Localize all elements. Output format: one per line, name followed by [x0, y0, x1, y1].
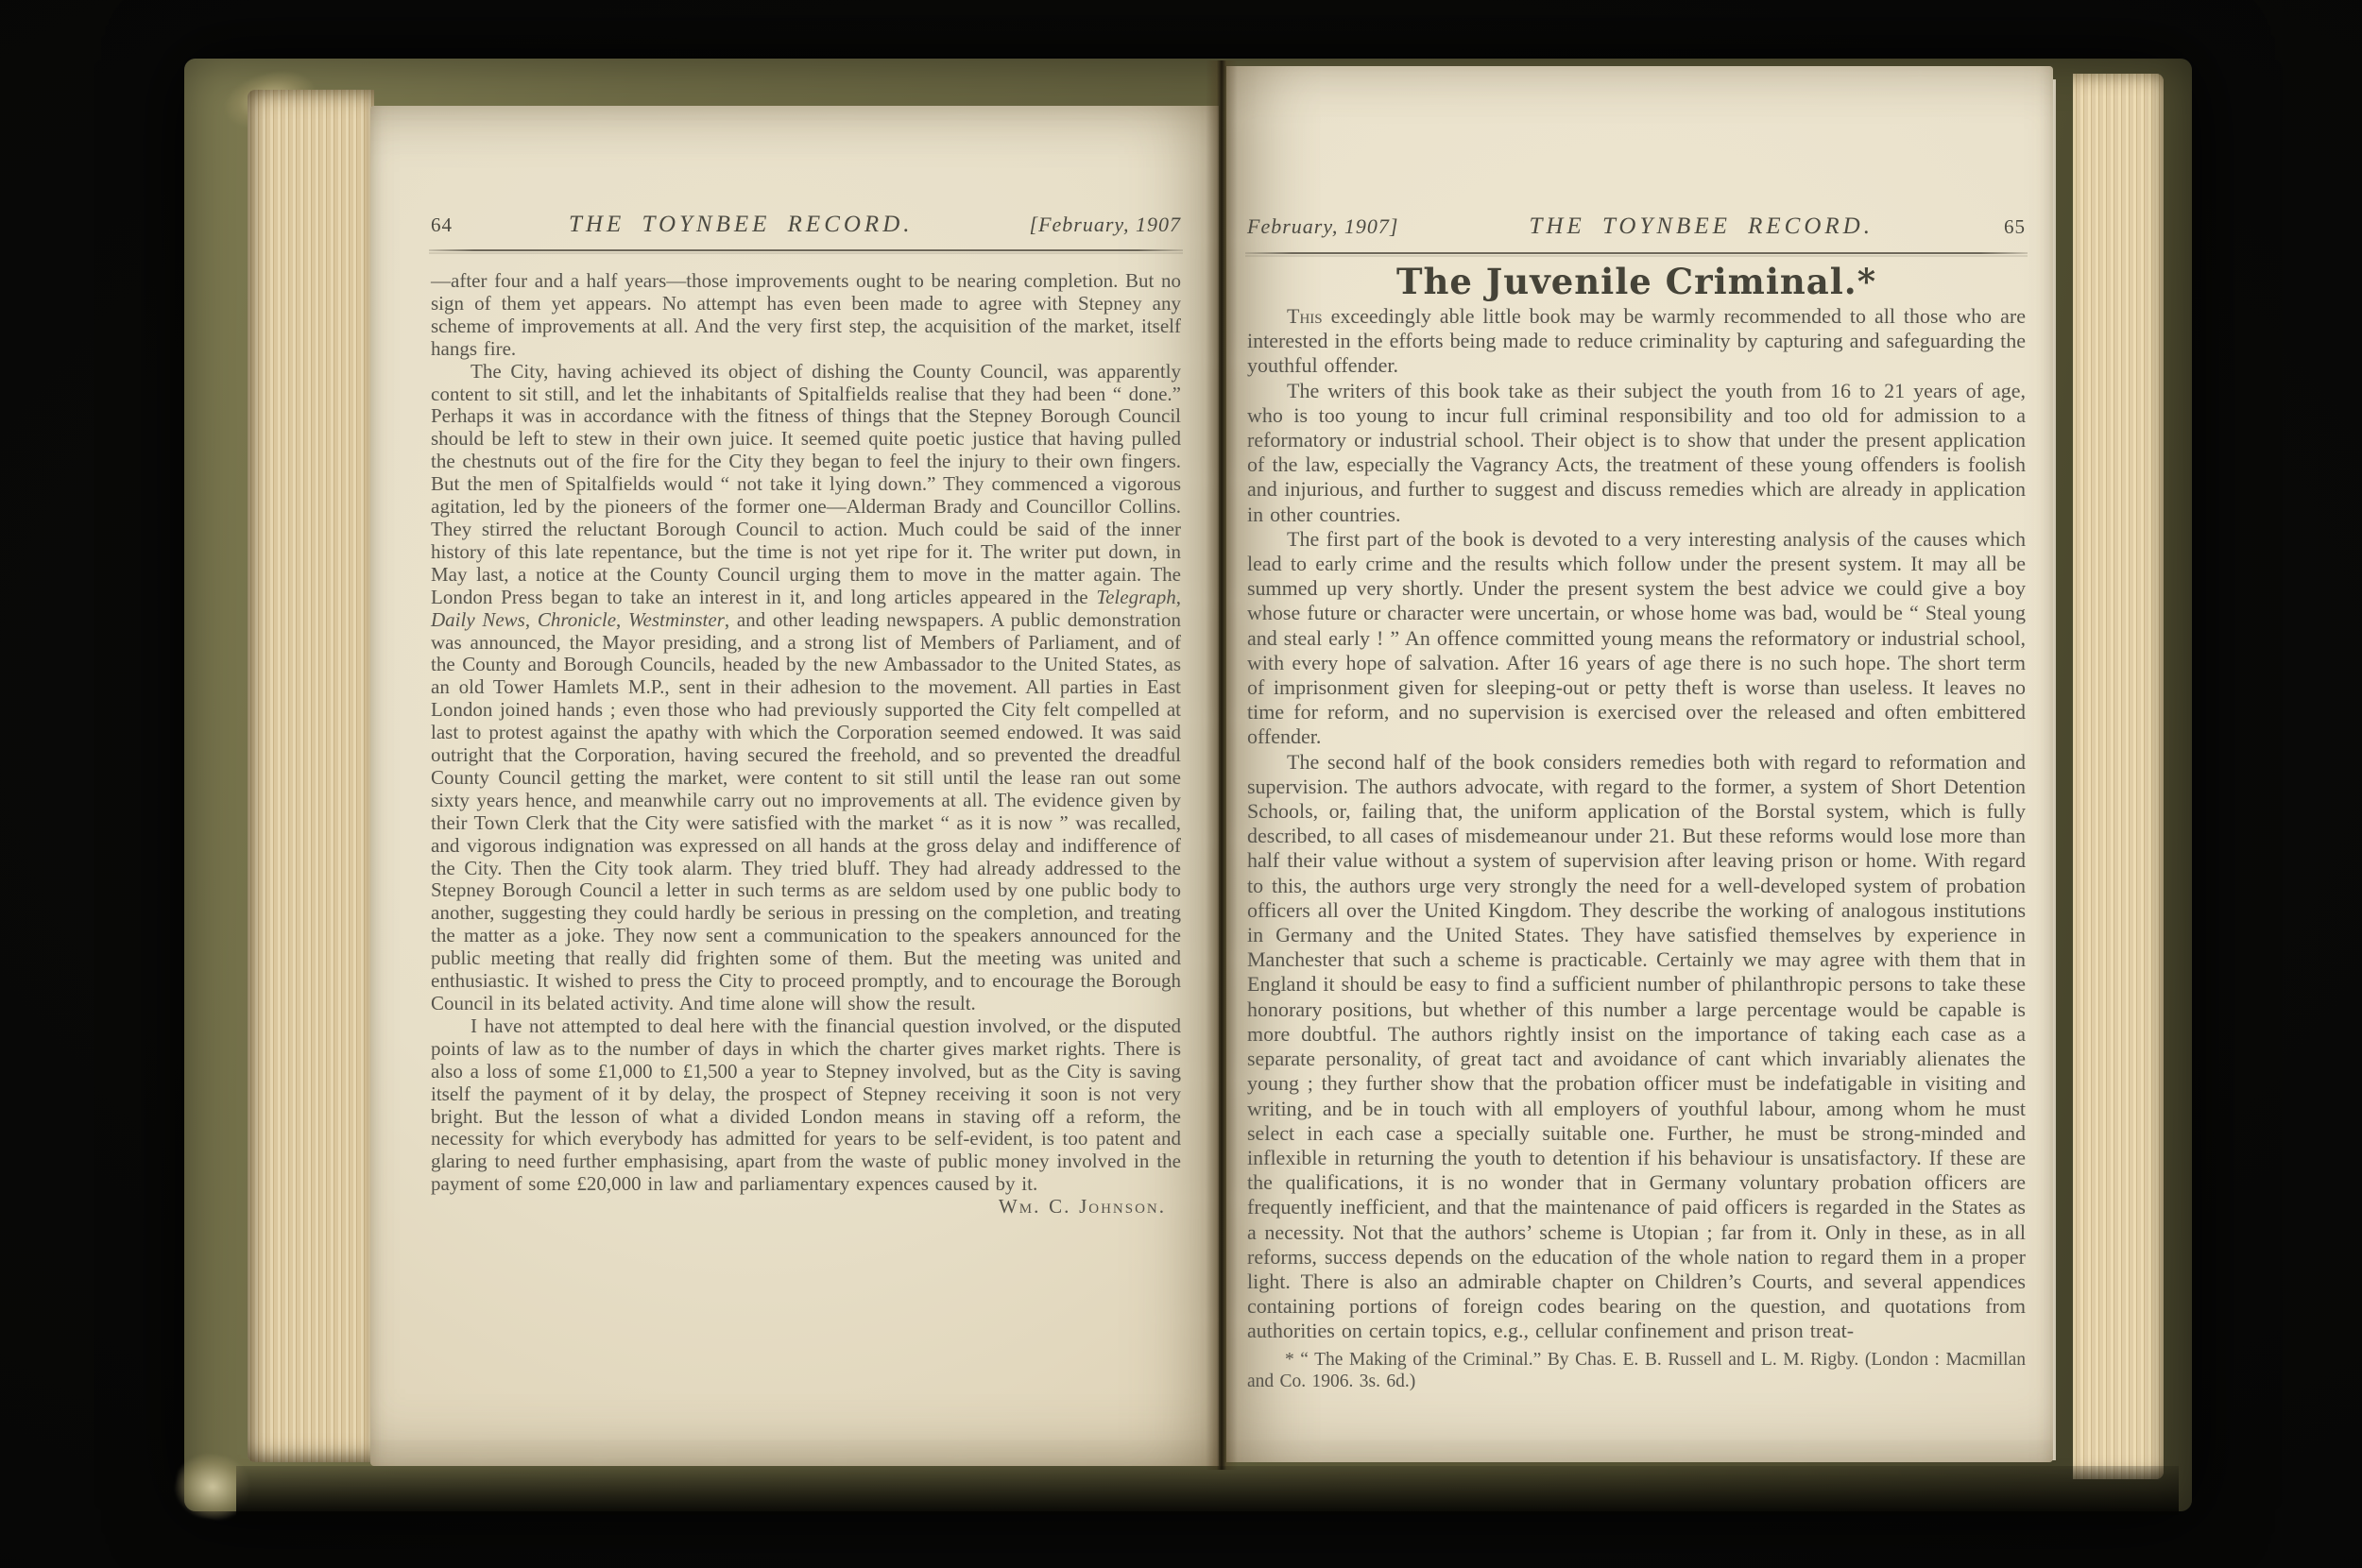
paragraph: The writers of this book take as their s…: [1247, 379, 2026, 527]
paragraph: The City, having achieved its object of …: [431, 361, 1181, 1015]
author-signature: Wm. C. Johnson.: [959, 1196, 1181, 1219]
right-page: February, 1907] THE TOYNBEE RECORD. 65 T…: [1226, 66, 2053, 1462]
right-header-rule: [1245, 252, 2028, 254]
left-page-header: 64 THE TOYNBEE RECORD. [February, 1907: [431, 212, 1181, 238]
left-page-number: 64: [431, 213, 453, 237]
article-footnote: * “ The Making of the Criminal.” By Chas…: [1247, 1349, 2026, 1392]
paragraph: The first part of the book is devoted to…: [1247, 527, 2026, 750]
paragraph: —after four and a half years—those impro…: [431, 270, 1181, 361]
paragraph: I have not attempted to deal here with t…: [431, 1015, 1181, 1196]
left-running-title: THE TOYNBEE RECORD.: [453, 212, 1030, 238]
right-page-header: February, 1907] THE TOYNBEE RECORD. 65: [1247, 213, 2026, 240]
paragraph: The second half of the book considers re…: [1247, 750, 2026, 1344]
right-running-title: THE TOYNBEE RECORD.: [1398, 213, 2004, 240]
paragraph: This exceedingly able little book may be…: [1247, 304, 2026, 379]
left-page: 64 THE TOYNBEE RECORD. [February, 1907 —…: [370, 106, 1219, 1466]
fore-edge-pages-left: [248, 90, 374, 1462]
right-header-date: February, 1907]: [1247, 214, 1398, 239]
bottom-page-shadow: [236, 1466, 2179, 1515]
left-page-body: —after four and a half years—those impro…: [431, 270, 1181, 1219]
gutter-shadow: [1206, 60, 1238, 1470]
right-page-body: This exceedingly able little book may be…: [1247, 304, 2026, 1392]
fore-edge-pages-right: [2073, 74, 2164, 1479]
article-title: The Juvenile Criminal.*: [1247, 261, 2026, 302]
photo-backdrop: 64 THE TOYNBEE RECORD. [February, 1907 —…: [0, 0, 2362, 1568]
left-header-rule: [429, 249, 1183, 251]
left-header-date: [February, 1907: [1030, 213, 1181, 237]
right-page-number: 65: [2004, 215, 2026, 239]
